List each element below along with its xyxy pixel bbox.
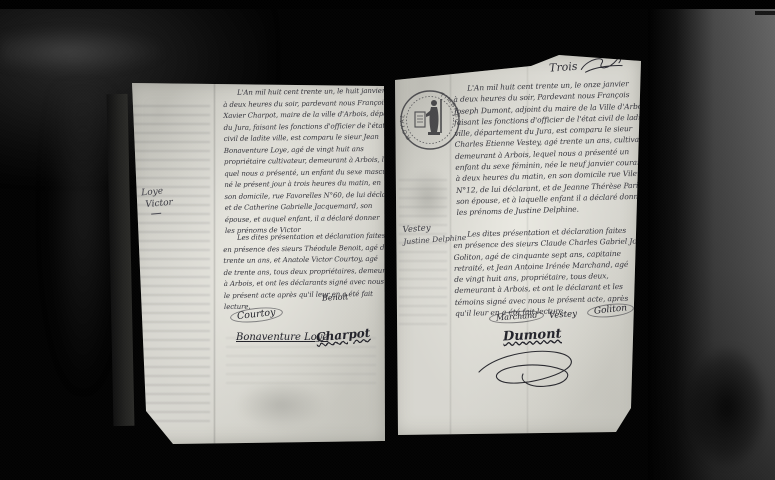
folio-annotation: Trois <box>548 52 626 77</box>
bleedthrough-text-left-margin <box>132 98 210 428</box>
folio-word: Trois <box>549 59 578 74</box>
birth-act-loye-paragraph2: Les dites présentation et déclaration fa… <box>223 231 384 314</box>
handwritten-text-line: épouse, et auquel enfant, il a déclaré d… <box>225 212 385 226</box>
paper-blotch <box>236 380 326 430</box>
signature-bonaventure-loye: Bonaventure Loye <box>236 332 328 343</box>
film-notch <box>755 11 775 15</box>
microfilm-scan: Loye Victor L'An mil huit cent trente un… <box>0 0 775 480</box>
birth-act-vestey-paragraph1: L'An mil huit cent trente un, le onze ja… <box>453 78 643 219</box>
left-page: Loye Victor L'An mil huit cent trente un… <box>126 80 388 446</box>
dumont-paraph-flourish <box>469 344 589 394</box>
birth-act-loye-paragraph1: L'An mil huit cent trente un, le huit ja… <box>223 86 385 238</box>
film-top-strip <box>0 0 775 9</box>
folio-paraph-flourish <box>579 52 626 75</box>
margin-note-firstname: Victor <box>142 197 174 212</box>
signature-dumont: Dumont <box>503 326 562 344</box>
right-page: Trois TI <box>391 52 643 438</box>
signature-vestey: Vestey <box>549 309 578 321</box>
stamp-word-royal: ROYAL <box>400 113 413 140</box>
signature-benoit: Benoit <box>322 292 349 302</box>
handwritten-text-line: le présent acte après qu'il leur en a ét… <box>224 288 384 302</box>
stamp-figure <box>426 99 441 135</box>
margin-note-loye-victor: Loye Victor <box>141 185 174 216</box>
svg-text:ROYAL: ROYAL <box>400 113 413 140</box>
stamp-tablet <box>415 112 425 127</box>
left-page-fold-line <box>214 80 215 446</box>
timbre-royal-stamp: TIMBRE ROYAL <box>398 88 462 152</box>
film-smear-topleft <box>0 28 170 74</box>
shadow-blob <box>688 348 766 466</box>
ink-smudge <box>405 168 451 228</box>
